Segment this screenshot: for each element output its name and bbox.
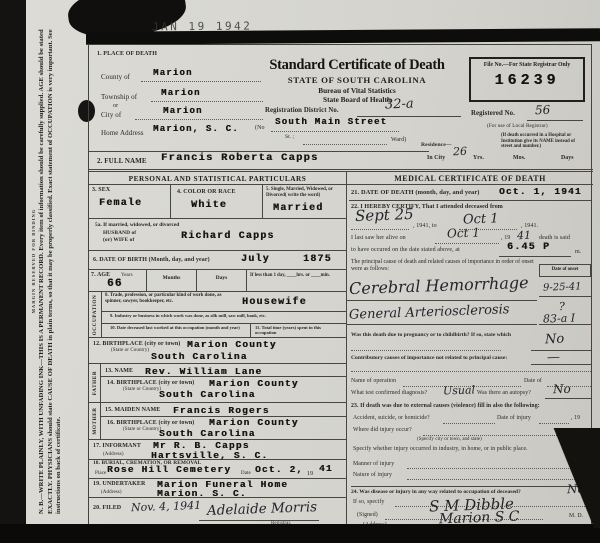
personal-column: PERSONAL AND STATISTICAL PARTICULARS 3. … [89, 172, 347, 526]
bottom-black-band [0, 524, 600, 543]
margin-note-text: N. B.—WRITE PLAINLY, WITH UNFADING INK—T… [38, 8, 64, 514]
dotted-rule [351, 350, 501, 351]
injury-19-label: , 19 [571, 415, 580, 421]
filed-row: 20. FILED Nov. 4, 1941 Adelaide Morris R… [89, 498, 346, 527]
binding-margin-text: MARGIN RESERVED FOR BINDING N. B.—WRITE … [31, 8, 85, 514]
attended-from-date: Sept 25 [355, 205, 414, 225]
ward-label: Ward) [391, 137, 406, 143]
where-injury-label: Where did injury occur? [353, 427, 412, 433]
in-city-value: 26 [453, 145, 467, 158]
dotted-rule [539, 423, 569, 424]
race-cell: 4. COLOR OR RACE White [171, 185, 263, 218]
residence-label: Residence— [421, 142, 452, 148]
days-label: Days [561, 155, 574, 161]
sex-race-marital-row: 3. SEX Female 4. COLOR OR RACE White 5. … [89, 185, 346, 219]
informant-label: 17. INFORMANT [93, 443, 141, 449]
rule [347, 300, 537, 301]
dotted-rule [151, 101, 263, 102]
father-name-row: 13. NAME Rev. William Lane [101, 364, 346, 377]
mother-block: MOTHER 15. MAIDEN NAME Francis Rogers 16… [89, 403, 346, 440]
last-worked-row: 10. Date deceased last worked at this oc… [102, 324, 346, 337]
certificate-form: 1. PLACE OF DEATH County of Marion Towns… [88, 44, 592, 525]
age-years-value: 66 [107, 278, 123, 290]
rule [199, 520, 319, 521]
signed-label: (Signed) [357, 512, 378, 518]
dob-label: 6. DATE OF BIRTH (Month, day, and year) [93, 257, 210, 263]
scanned-death-certificate: JAN 19 1942 MARGIN RESERVED FOR BINDING … [0, 0, 600, 543]
marital-label: 5. Single, Married, Widowed, or Divorced… [266, 187, 344, 199]
marital-cell: 5. Single, Married, Widowed, or Divorced… [263, 185, 346, 218]
father-content: 13. NAME Rev. William Lane 14. BIRTHPLAC… [101, 364, 346, 402]
contributory-label: Contributory causes of importance not re… [351, 355, 526, 362]
last-saw-date: Oct 1 [447, 225, 480, 240]
medical-banner: MEDICAL CERTIFICATE OF DEATH [347, 172, 593, 185]
spouse-row: 5a. If married, widowed, or divorced HUS… [89, 219, 346, 251]
rule [539, 324, 591, 325]
death-said-label: death is said [539, 235, 570, 241]
race-value: White [191, 200, 227, 211]
received-date-stamp: JAN 19 1942 [152, 20, 252, 34]
city-value: Marion [163, 106, 203, 116]
county-value: Marion [153, 68, 193, 78]
death-time-value: 6.45 P [507, 242, 550, 253]
external-causes-label: 23. If death was due to external causes … [351, 403, 540, 409]
burial-place-value: Rose Hill Cemetery [107, 464, 231, 475]
date-of-onset-box: Date of onset [539, 264, 591, 277]
registered-no-value: 56 [535, 103, 551, 118]
birthplace-state: South Carolina [151, 351, 248, 362]
cause-of-death-1: Cerebral Hemorrhage [349, 273, 529, 298]
filed-date-value: Nov. 4, 1941 [131, 499, 202, 514]
certificate-title: Standard Certificate of Death [257, 57, 457, 74]
board-line: State Board of Health [257, 95, 457, 104]
registered-no-label: Registered No. [471, 110, 515, 117]
spouse-label-line1: 5a. If married, widowed, or divorced [95, 222, 275, 228]
nature-label: Nature of injury [353, 472, 392, 478]
informant-address-label: (Address) [103, 452, 124, 457]
mother-bp-row: 16. BIRTHPLACE (city or town) (State or … [101, 417, 346, 439]
burial-date-label: Date [241, 471, 251, 476]
father-bp-row: 14. BIRTHPLACE (city or town) (State or … [101, 377, 346, 402]
dotted-rule [303, 144, 387, 145]
county-label: County of [101, 73, 130, 81]
burial-year-value: 41 [319, 463, 333, 474]
mother-bp-city: Marion County [209, 417, 299, 428]
rule [545, 398, 591, 399]
rule [349, 200, 591, 201]
total-time-label: 11. Total time (years) spent in this occ… [255, 325, 341, 336]
mother-content: 15. MAIDEN NAME Francis Rogers 16. BIRTH… [101, 403, 346, 439]
personal-banner: PERSONAL AND STATISTICAL PARTICULARS [89, 172, 346, 185]
rule [527, 120, 583, 121]
state-line: STATE OF SOUTH CAROLINA [257, 75, 457, 85]
trade-row: 8. Trade, profession, or particular kind… [102, 292, 346, 312]
test-label: What test confirmed diagnosis? [351, 390, 427, 396]
registration-district-value: 32-a [385, 97, 414, 113]
total-time-cell: 11. Total time (years) spent in this occ… [250, 324, 346, 337]
cause-of-death-2: General Arteriosclerosis [349, 302, 510, 323]
file-number-value: 16239 [471, 72, 583, 89]
father-block: FATHER 13. NAME Rev. William Lane 14. BI… [89, 364, 346, 403]
age-row: 7. AGE Years 66 Months Days If less than… [89, 270, 346, 292]
injury-date-label: Date of injury [497, 415, 531, 421]
specify-place-label: Specify whether injury occurred in indus… [353, 446, 528, 452]
age-days-cell: Days [197, 270, 247, 291]
or-label: or [113, 103, 118, 109]
last-worked-cell: 10. Date deceased last worked at this oc… [102, 324, 250, 337]
last-saw-year-hand: 41 [517, 229, 531, 242]
home-address-value: Marion, S. C. [153, 124, 239, 134]
burial-row: 18. BURIAL, CREMATION, OR REMOVAL Place … [89, 460, 346, 479]
manner-label: Manner of injury [353, 461, 394, 467]
mother-bp-state: South Carolina [159, 428, 256, 439]
date-of-onset-label: Date of onset [540, 265, 590, 272]
mos-label: Mos. [513, 155, 525, 161]
father-bp-city: Marion County [209, 378, 299, 389]
dob-year: 1875 [303, 254, 332, 265]
if-so-label: If so, specify [353, 499, 385, 505]
township-label: Township of [101, 93, 137, 101]
rule [539, 296, 591, 297]
corner-fold-shadow [552, 428, 600, 528]
full-name-value: Francis Roberta Capps [161, 152, 319, 164]
mother-side-cell: MOTHER [89, 403, 101, 439]
autopsy-label: Was there an autopsy? [477, 390, 531, 396]
years-label: Years [121, 273, 133, 278]
rule [531, 364, 591, 365]
dotted-rule [443, 423, 495, 424]
rule [531, 350, 591, 351]
hospital-note: (If death occurred in a Hospital or Inst… [501, 133, 587, 150]
registration-district-label: Registration District No. [265, 107, 339, 114]
race-label: 4. COLOR OR RACE [177, 189, 236, 195]
mother-name-value: Francis Rogers [173, 405, 270, 416]
sex-cell: 3. SEX Female [89, 185, 171, 218]
st-label: St. ; [285, 134, 294, 140]
test-value: Usual [443, 383, 476, 397]
pregnancy-value: No [545, 332, 565, 348]
burial-date-value: Oct. 2, [255, 464, 303, 475]
sex-value: Female [99, 198, 142, 209]
related-label: 24. Was disease or injury in any way rel… [351, 489, 563, 496]
city-label: City of [101, 111, 121, 119]
specify-city-label: (Specify city or town, and state) [417, 437, 482, 442]
occupation-block: OCCUPATION 8. Trade, profession, or part… [89, 292, 346, 338]
dotted-rule [435, 243, 499, 244]
spouse-label-line3: (or) WIFE of [103, 237, 134, 243]
local-registrar-note: (For use of Local Registrar) [487, 123, 548, 129]
principal-cause-label: The principal cause of death and related… [351, 259, 535, 273]
father-side-cell: FATHER [89, 364, 101, 402]
trade-label: 8. Trade, profession, or particular kind… [105, 293, 233, 305]
birthplace-row: 12. BIRTHPLACE (city or town) (State or … [89, 338, 346, 364]
date-of-death-label: 21. DATE OF DEATH (month, day, and year) [351, 189, 480, 196]
industry-row: 9. Industry or business in which work wa… [102, 312, 346, 324]
full-name-label: 2. FULL NAME [97, 157, 147, 165]
date-of-death-value: Oct. 1, 1941 [499, 186, 582, 197]
spouse-value: Richard Capps [181, 231, 275, 242]
less-than-label: If less than 1 day, ____hrs. or ____min. [250, 273, 340, 279]
occupation-side-cell: OCCUPATION [89, 292, 102, 337]
undertaker-row: 19. UNDERTAKER Marion Funeral Home (Addr… [89, 479, 346, 498]
dotted-rule [141, 81, 261, 82]
onset-date-1: 9-25-41 [543, 281, 582, 293]
age-months-cell: Months [147, 270, 197, 291]
undertaker-address-label: (Address) [101, 490, 122, 495]
father-side-label: FATHER [92, 371, 98, 395]
state-country-label: (State or Country) [111, 348, 149, 353]
rule [499, 256, 571, 257]
street-value: South Main Street [275, 117, 387, 127]
dob-month: July [241, 254, 270, 265]
place-of-death-label: 1. PLACE OF DEATH [97, 51, 157, 57]
father-bp-state: South Carolina [159, 389, 256, 400]
last-saw-label: I last saw her alive on [351, 235, 406, 241]
file-number-label: File No.—For State Registrar Only [471, 62, 583, 68]
dotted-rule [351, 371, 591, 372]
father-name-label: 13. NAME [105, 368, 133, 374]
occupation-content: 8. Trade, profession, or particular kind… [102, 292, 346, 337]
occupation-side-label: OCCUPATION [92, 294, 98, 335]
dotted-rule [135, 119, 263, 120]
age-years-cell: 7. AGE Years 66 [89, 270, 147, 291]
certify-line2a: , 1941, to [413, 223, 437, 229]
informant-row: 17. INFORMANT Mr R. B. Capps (Address) H… [89, 440, 346, 460]
birthplace-city: Marion County [187, 339, 277, 350]
occurred-label: to have occured on the date stated above… [351, 247, 460, 253]
no-label: (No [255, 125, 265, 131]
sex-label: 3. SEX [92, 187, 110, 193]
state-country-label: (State or Country) [123, 387, 161, 392]
trade-value: Housewife [242, 297, 307, 308]
burial-year-printed: 19 [307, 471, 313, 477]
birthplace-label: 12. BIRTHPLACE (city or town) [93, 341, 180, 347]
margin-binding-line: MARGIN RESERVED FOR BINDING [31, 8, 36, 514]
in-city-label: In City [427, 155, 445, 161]
father-bp-label: 14. BIRTHPLACE (city or town) [107, 380, 194, 386]
accident-label: Accident, suicide, or homicide? [353, 415, 430, 421]
dotted-rule [351, 229, 409, 230]
dob-row: 6. DATE OF BIRTH (Month, day, and year) … [89, 251, 346, 270]
file-number-box: File No.—For State Registrar Only 16239 [469, 57, 585, 102]
father-name-value: Rev. William Lane [145, 366, 262, 377]
contributory-value: — [547, 350, 561, 365]
rule [347, 324, 537, 325]
yrs-label: Yrs. [473, 155, 484, 161]
bureau-line: Bureau of Vital Statistics [257, 86, 457, 95]
registrar-signature: Adelaide Morris [207, 499, 318, 519]
mother-name-row: 15. MAIDEN NAME Francis Rogers [101, 403, 346, 417]
autopsy-value: No [553, 382, 571, 397]
undertaker-label: 19. UNDERTAKER [93, 481, 145, 487]
spouse-label-line2: HUSBAND of [103, 230, 136, 236]
last-worked-label: 10. Date deceased last worked at this oc… [110, 325, 245, 330]
age-less-than-cell: If less than 1 day, ____hrs. or ____min. [247, 270, 346, 291]
burial-place-label: Place [95, 471, 106, 476]
industry-label: 9. Industry or business in which work wa… [110, 313, 270, 318]
marital-value: Married [273, 203, 323, 214]
home-address-label: Home Address [101, 129, 144, 137]
mother-bp-label: 16. BIRTHPLACE (city or town) [107, 420, 194, 426]
filed-label: 20. FILED [93, 505, 121, 511]
mother-name-label: 15. MAIDEN NAME [105, 407, 160, 413]
rule [357, 116, 461, 117]
last-saw-year-printed: , 19 [501, 235, 510, 241]
operation-label: Name of operation [351, 378, 396, 384]
state-country-label: (State or Country) [123, 427, 161, 432]
m-label: m. [575, 249, 581, 255]
mother-side-label: MOTHER [92, 407, 98, 434]
operation-date-label: Date of [524, 378, 542, 384]
dotted-rule [271, 131, 399, 132]
township-value: Marion [161, 88, 201, 98]
pregnancy-label: Was this death due to pregnancy or to ch… [351, 332, 511, 339]
